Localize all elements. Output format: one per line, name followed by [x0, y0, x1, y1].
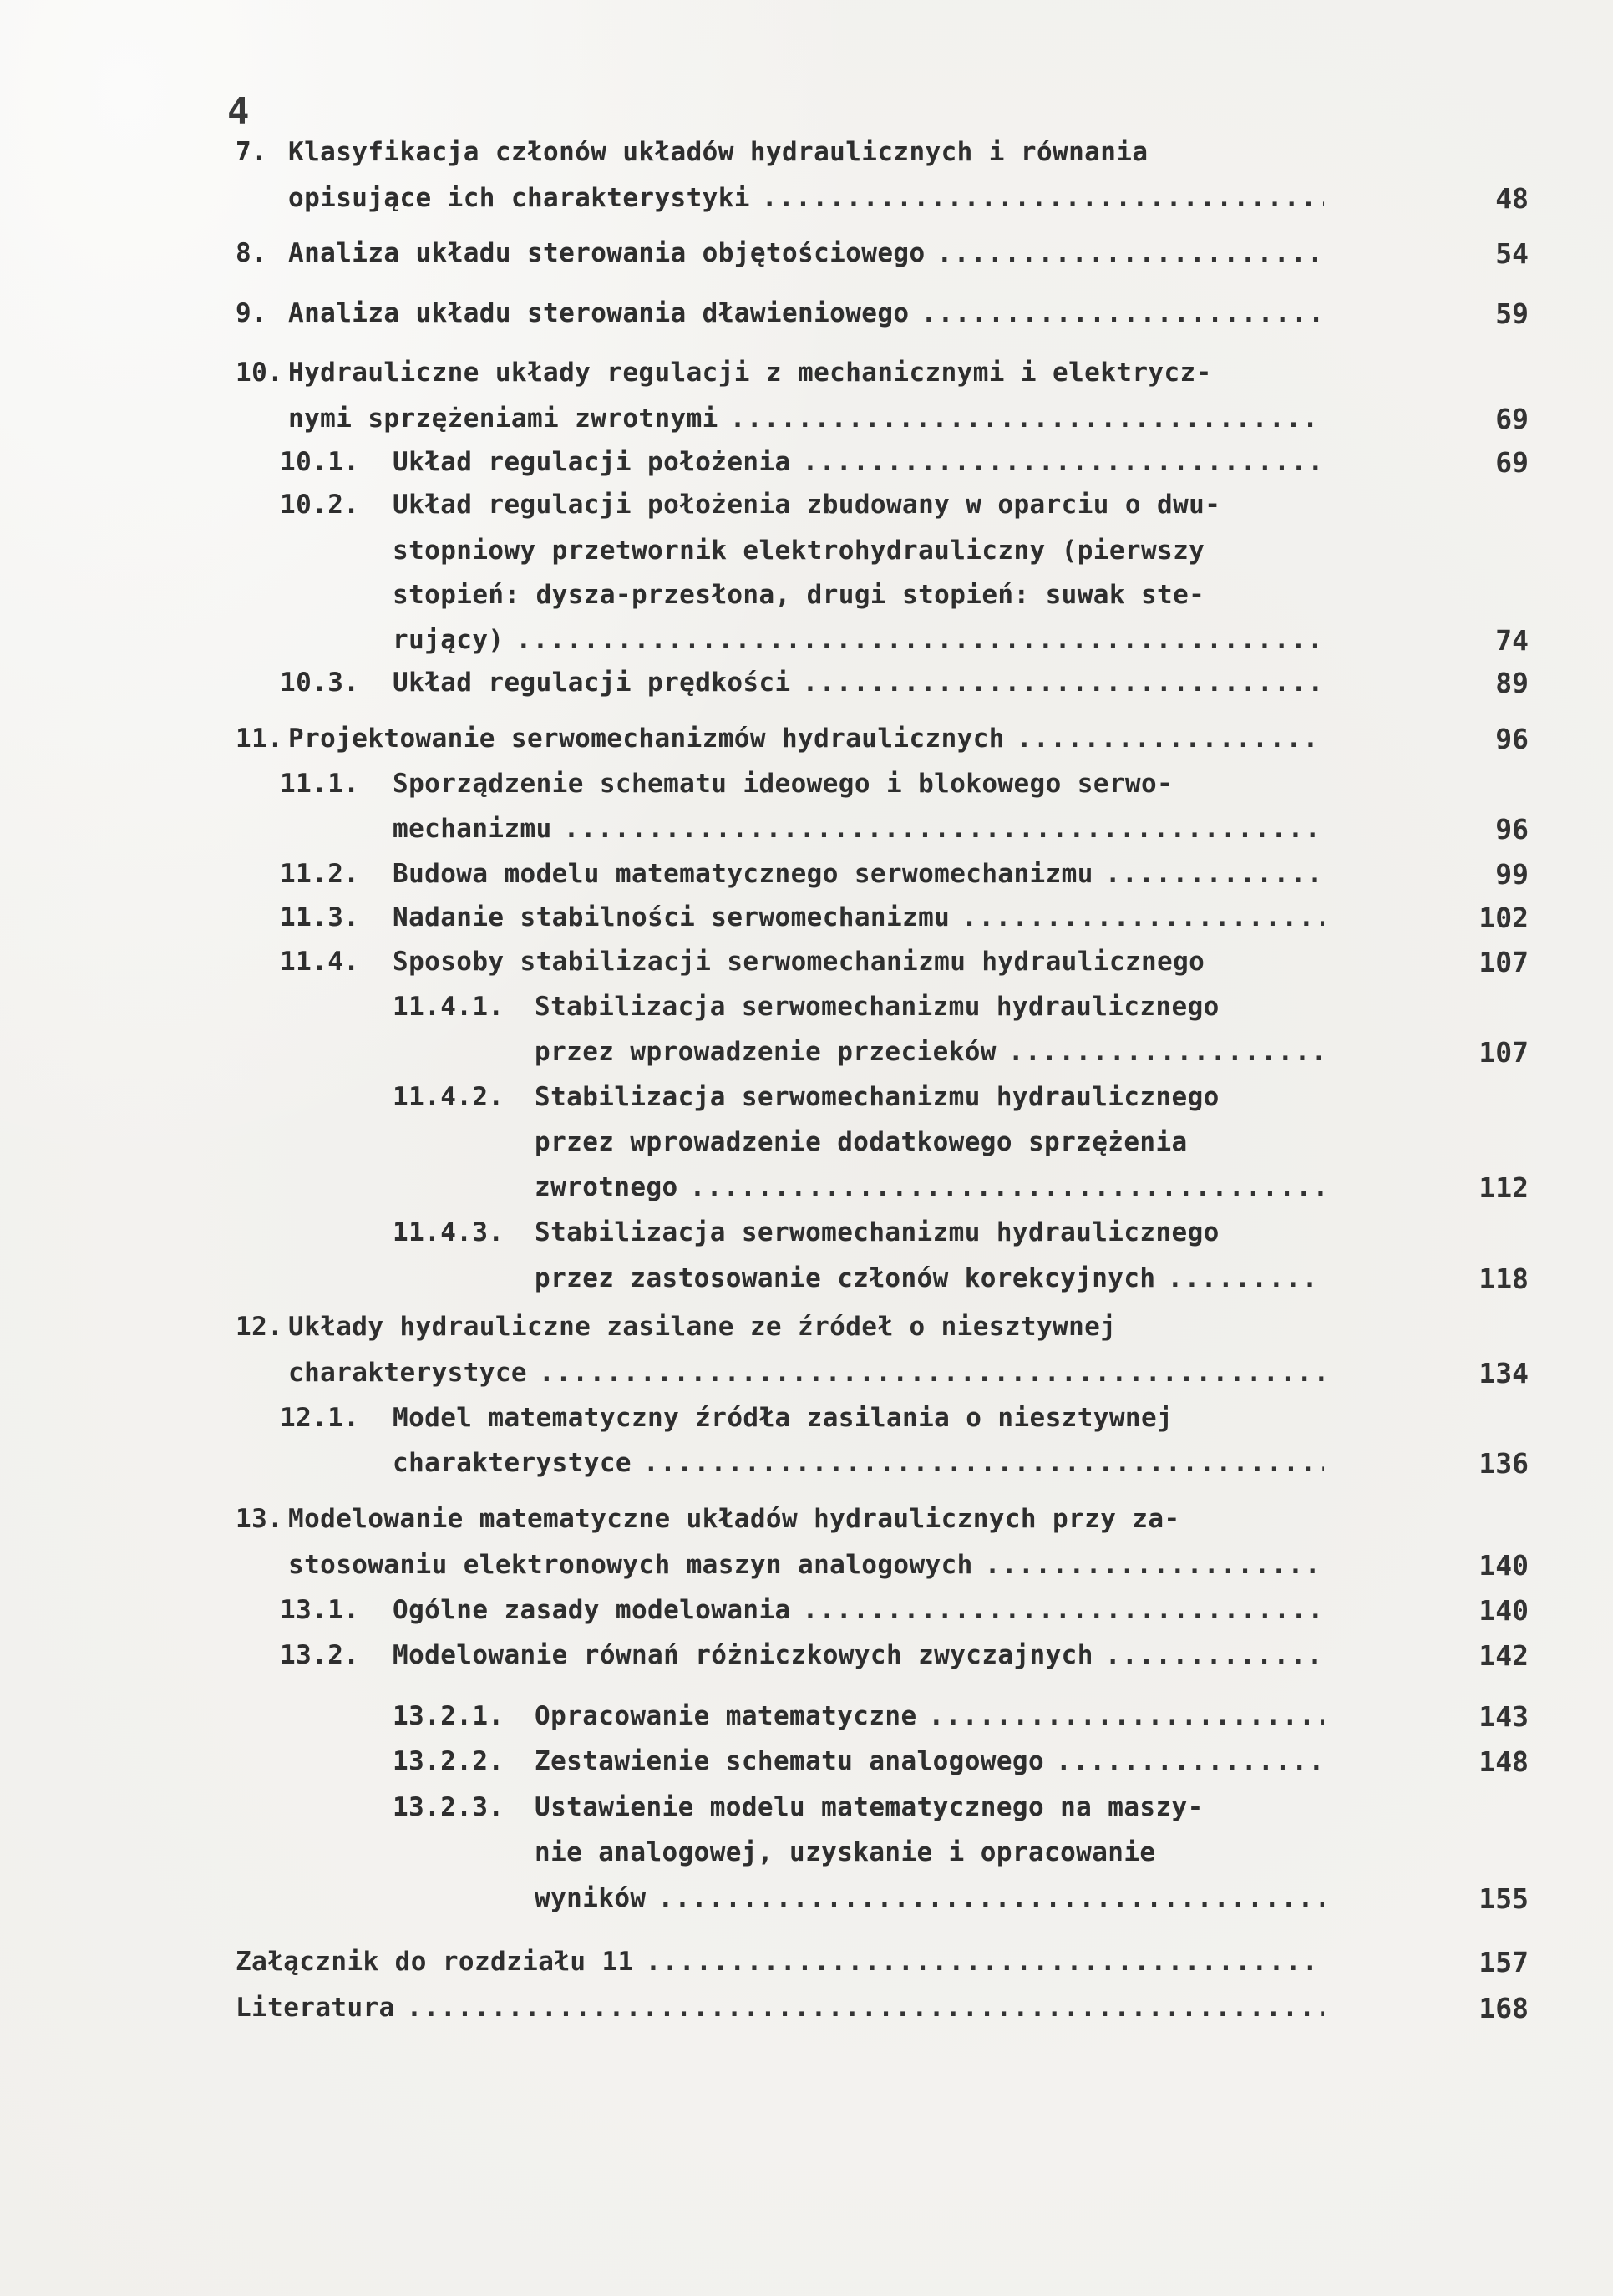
toc-entry-number: 9. — [236, 292, 267, 336]
toc-entry-text: Literatura — [236, 1993, 395, 2023]
dot-leader: ........................................… — [985, 1543, 1324, 1587]
toc-page-number[interactable]: 155 — [1412, 1877, 1529, 1921]
toc-entry-text: Układ regulacji prędkości — [393, 668, 791, 698]
toc-entry-text: Układy hydrauliczne zasilane ze źródeł o… — [288, 1312, 1116, 1342]
toc-entry-number: 11.4.2. — [393, 1075, 504, 1120]
toc-entry-title-continued[interactable]: zwrotnego — [535, 1166, 678, 1210]
toc-entry-text: przez wprowadzenie przecieków — [535, 1037, 997, 1067]
toc-entry-title-continued[interactable]: charakterystyce — [393, 1441, 632, 1486]
toc-entry-title[interactable]: Ustawienie modelu matematycznego na masz… — [535, 1785, 1204, 1830]
toc-entry-title-continued[interactable]: opisujące ich charakterystyki — [288, 176, 750, 221]
dot-leader: ........................................… — [1105, 852, 1324, 897]
toc-entry-title-continued[interactable]: przez wprowadzenie dodatkowego sprzężeni… — [535, 1120, 1188, 1165]
toc-entry-text: zwrotnego — [535, 1172, 678, 1202]
toc-entry-number: 11.4.1. — [393, 985, 504, 1029]
toc-entry-number: 13.2.3. — [393, 1785, 504, 1830]
toc-entry-text: Stabilizacja serwomechanizmu hydrauliczn… — [535, 1082, 1220, 1112]
toc-entry-title[interactable]: Zestawienie schematu analogowego — [535, 1740, 1044, 1784]
toc-entry-text: Modelowanie równań różniczkowych zwyczaj… — [393, 1640, 1093, 1670]
dot-leader: ........................................… — [961, 896, 1324, 940]
toc-page-number[interactable]: 69 — [1412, 397, 1529, 441]
toc-page-number[interactable]: 142 — [1412, 1633, 1529, 1678]
toc-page-number[interactable]: 140 — [1412, 1588, 1529, 1633]
toc-entry-text: Układ regulacji położenia zbudowany w op… — [393, 490, 1220, 520]
toc-entry-title-continued[interactable]: rujący) — [393, 618, 504, 663]
dot-leader: ........................................… — [1017, 717, 1324, 761]
toc-entry-title-continued[interactable]: wyników — [535, 1877, 646, 1921]
toc-entry-text: Stabilizacja serwomechanizmu hydrauliczn… — [535, 992, 1220, 1022]
dot-leader: ........................................… — [407, 1986, 1324, 2030]
toc-entry-number: 10.1. — [280, 440, 359, 485]
toc-entry-number: 13.1. — [280, 1588, 359, 1633]
dot-leader: ........................................… — [515, 618, 1324, 663]
toc-page-number[interactable]: 102 — [1412, 896, 1529, 940]
toc-entry-number: 10. — [236, 351, 283, 395]
toc-entry-title-continued[interactable]: stopniowy przetwornik elektrohydrauliczn… — [393, 529, 1205, 573]
dot-leader: ........................................… — [803, 440, 1324, 485]
toc-page-number[interactable]: 143 — [1412, 1694, 1529, 1739]
toc-entry-text: Sposoby stabilizacji serwomechanizmu hyd… — [393, 947, 1205, 977]
toc-entry-text: rujący) — [393, 625, 504, 655]
toc-entry-title[interactable]: Opracowanie matematyczne — [535, 1694, 917, 1739]
toc-entry-title[interactable]: Stabilizacja serwomechanizmu hydrauliczn… — [535, 1075, 1220, 1120]
toc-page-number[interactable]: 140 — [1412, 1543, 1529, 1587]
toc-page-number[interactable]: 96 — [1412, 807, 1529, 851]
toc-entry-title[interactable]: Literatura — [236, 1986, 395, 2030]
toc-entry-number: 11.2. — [280, 852, 359, 897]
toc-entry-title[interactable]: Analiza układu sterowania objętościowego — [288, 231, 926, 276]
toc-entry-title[interactable]: Model matematyczny źródła zasilania o ni… — [393, 1396, 1173, 1440]
toc-page-number[interactable]: 136 — [1412, 1441, 1529, 1486]
toc-entry-text: stopniowy przetwornik elektrohydrauliczn… — [393, 536, 1205, 566]
dot-leader: ........................................… — [1167, 1257, 1324, 1301]
toc-entry-text: Klasyfikacja członów układów hydrauliczn… — [288, 137, 1148, 167]
toc-entry-number: 7. — [236, 130, 267, 175]
dot-leader: ........................................… — [539, 1351, 1324, 1395]
dot-leader: ........................................… — [762, 176, 1324, 221]
dot-leader: ........................................… — [730, 397, 1324, 441]
toc-page-number[interactable]: 69 — [1412, 440, 1529, 485]
toc-page-number[interactable]: 89 — [1412, 661, 1529, 705]
toc-entry-number: 11.4. — [280, 940, 359, 984]
toc-entry-text: Model matematyczny źródła zasilania o ni… — [393, 1403, 1173, 1433]
toc-entry-text: Budowa modelu matematycznego serwomechan… — [393, 859, 1093, 889]
toc-entry-title[interactable]: Załącznik do rozdziału 11 — [236, 1940, 634, 1984]
toc-entry-text: Ogólne zasady modelowania — [393, 1595, 791, 1625]
toc-entry-text: nie analogowej, uzyskanie i opracowanie — [535, 1837, 1155, 1867]
toc-entry-title-continued[interactable]: nie analogowej, uzyskanie i opracowanie — [535, 1831, 1155, 1875]
toc-entry-title[interactable]: Modelowanie równań różniczkowych zwyczaj… — [393, 1633, 1093, 1678]
toc-entry-title-continued[interactable]: charakterystyce — [288, 1351, 527, 1395]
toc-entry-title-continued[interactable]: przez wprowadzenie przecieków — [535, 1030, 997, 1074]
toc-page-number[interactable]: 74 — [1412, 618, 1529, 663]
toc-entry-title[interactable]: Układ regulacji położenia — [393, 440, 791, 485]
toc-entry-title[interactable]: Układy hydrauliczne zasilane ze źródeł o… — [288, 1305, 1116, 1349]
toc-entry-number: 13. — [236, 1497, 283, 1542]
toc-page-number[interactable]: 134 — [1412, 1351, 1529, 1395]
toc-entry-text: przez zastosowanie członów korekcyjnych — [535, 1263, 1155, 1293]
toc-entry-title[interactable]: Budowa modelu matematycznego serwomechan… — [393, 852, 1093, 897]
toc-entry-number: 11.1. — [280, 762, 359, 806]
toc-entry-title[interactable]: Stabilizacja serwomechanizmu hydrauliczn… — [535, 985, 1220, 1029]
toc-entry-number: 13.2. — [280, 1633, 359, 1678]
toc-entry-text: Układ regulacji położenia — [393, 447, 791, 477]
toc-entry-text: charakterystyce — [393, 1448, 632, 1478]
toc-entry-text: charakterystyce — [288, 1358, 527, 1388]
toc-entry-text: Hydrauliczne układy regulacji z mechanic… — [288, 358, 1212, 388]
toc-entry-number: 10.3. — [280, 661, 359, 705]
toc-entry-text: Sporządzenie schematu ideowego i blokowe… — [393, 769, 1173, 799]
toc-entry-title[interactable]: Projektowanie serwomechanizmów hydraulic… — [288, 717, 1005, 761]
toc-entry-title[interactable]: Sposoby stabilizacji serwomechanizmu hyd… — [393, 940, 1205, 984]
toc-entry-text: Projektowanie serwomechanizmów hydraulic… — [288, 724, 1005, 754]
toc-entry-number: 10.2. — [280, 483, 359, 527]
toc-page-number[interactable]: 168 — [1412, 1986, 1529, 2030]
toc-entry-text: stopień: dysza-przesłona, drugi stopień:… — [393, 580, 1205, 610]
toc-entry-text: mechanizmu — [393, 814, 552, 844]
toc-entry-title[interactable]: Analiza układu sterowania dławieniowego — [288, 292, 909, 336]
toc-entry-title-continued[interactable]: nymi sprzężeniami zwrotnymi — [288, 397, 718, 441]
toc-entry-title[interactable]: Sporządzenie schematu ideowego i blokowe… — [393, 762, 1173, 806]
dot-leader: ........................................… — [646, 1940, 1324, 1984]
toc-entry-text: wyników — [535, 1883, 646, 1913]
dot-leader: ........................................… — [937, 231, 1324, 276]
toc-page-number[interactable]: 112 — [1412, 1166, 1529, 1210]
toc-entry-text: Ustawienie modelu matematycznego na masz… — [535, 1792, 1204, 1822]
toc-entry-title-continued[interactable]: mechanizmu — [393, 807, 552, 851]
dot-leader: ........................................… — [1056, 1740, 1324, 1784]
toc-page-number[interactable]: 107 — [1412, 1030, 1529, 1074]
toc-entry-text: Załącznik do rozdziału 11 — [236, 1947, 634, 1977]
toc-entry-text: Modelowanie matematyczne układów hydraul… — [288, 1504, 1180, 1534]
dot-leader: ........................................… — [690, 1166, 1324, 1210]
toc-entry-text: opisujące ich charakterystyki — [288, 183, 750, 213]
toc-entry-title[interactable]: Stabilizacja serwomechanizmu hydrauliczn… — [535, 1211, 1220, 1255]
toc-entry-text: Analiza układu sterowania dławieniowego — [288, 298, 909, 328]
toc-entry-title-continued[interactable]: przez zastosowanie członów korekcyjnych — [535, 1257, 1155, 1301]
toc-page-number[interactable]: 99 — [1412, 852, 1529, 897]
toc-page-number[interactable]: 48 — [1412, 176, 1529, 221]
toc-entry-title[interactable]: Ogólne zasady modelowania — [393, 1588, 791, 1633]
toc-page-number[interactable]: 118 — [1412, 1257, 1529, 1301]
toc-entry-title[interactable]: Układ regulacji prędkości — [393, 661, 791, 705]
dot-leader: ........................................… — [929, 1694, 1324, 1739]
toc-entry-text: Nadanie stabilności serwomechanizmu — [393, 902, 950, 932]
toc-page-number[interactable]: 54 — [1412, 231, 1529, 276]
dot-leader: ........................................… — [803, 661, 1324, 705]
toc-entry-title[interactable]: Układ regulacji położenia zbudowany w op… — [393, 483, 1220, 527]
toc-entry-text: Zestawienie schematu analogowego — [535, 1746, 1044, 1776]
toc-entry-text: stosowaniu elektronowych maszyn analogow… — [288, 1550, 973, 1580]
toc-entry-number: 11.4.3. — [393, 1211, 504, 1255]
dot-leader: ........................................… — [657, 1877, 1324, 1921]
toc-entry-title-continued[interactable]: stopień: dysza-przesłona, drugi stopień:… — [393, 573, 1205, 617]
toc-entry-number: 12. — [236, 1305, 283, 1349]
toc-entry-number: 8. — [236, 231, 267, 276]
page-number: 4 — [227, 90, 250, 133]
toc-page-number[interactable]: 59 — [1412, 292, 1529, 336]
dot-leader: ........................................… — [643, 1441, 1324, 1486]
toc-entry-number: 11.3. — [280, 896, 359, 940]
toc-entry-number: 11. — [236, 717, 283, 761]
toc-entry-title[interactable]: Hydrauliczne układy regulacji z mechanic… — [288, 351, 1212, 395]
dot-leader: ........................................… — [564, 807, 1324, 851]
dot-leader: ........................................… — [921, 292, 1324, 336]
dot-leader: ........................................… — [1008, 1030, 1324, 1074]
toc-page-number[interactable]: 148 — [1412, 1740, 1529, 1784]
toc-page-number[interactable]: 107 — [1412, 940, 1529, 984]
toc-entry-title[interactable]: Nadanie stabilności serwomechanizmu — [393, 896, 950, 940]
toc-page-number[interactable]: 96 — [1412, 717, 1529, 761]
toc-entry-text: przez wprowadzenie dodatkowego sprzężeni… — [535, 1127, 1188, 1157]
dot-leader: ........................................… — [803, 1588, 1324, 1633]
toc-entry-title[interactable]: Modelowanie matematyczne układów hydraul… — [288, 1497, 1180, 1542]
toc-entry-title[interactable]: Klasyfikacja członów układów hydrauliczn… — [288, 130, 1148, 175]
toc-entry-number: 13.2.2. — [393, 1740, 504, 1784]
toc-entry-text: Opracowanie matematyczne — [535, 1701, 917, 1731]
toc-entry-text: Analiza układu sterowania objętościowego — [288, 238, 926, 268]
toc-entry-text: nymi sprzężeniami zwrotnymi — [288, 404, 718, 434]
toc-entry-number: 13.2.1. — [393, 1694, 504, 1739]
dot-leader: ........................................… — [1105, 1633, 1324, 1678]
toc-entry-text: Stabilizacja serwomechanizmu hydrauliczn… — [535, 1217, 1220, 1247]
toc-page-number[interactable]: 157 — [1412, 1940, 1529, 1984]
toc-entry-title-continued[interactable]: stosowaniu elektronowych maszyn analogow… — [288, 1543, 973, 1587]
toc-entry-number: 12.1. — [280, 1396, 359, 1440]
